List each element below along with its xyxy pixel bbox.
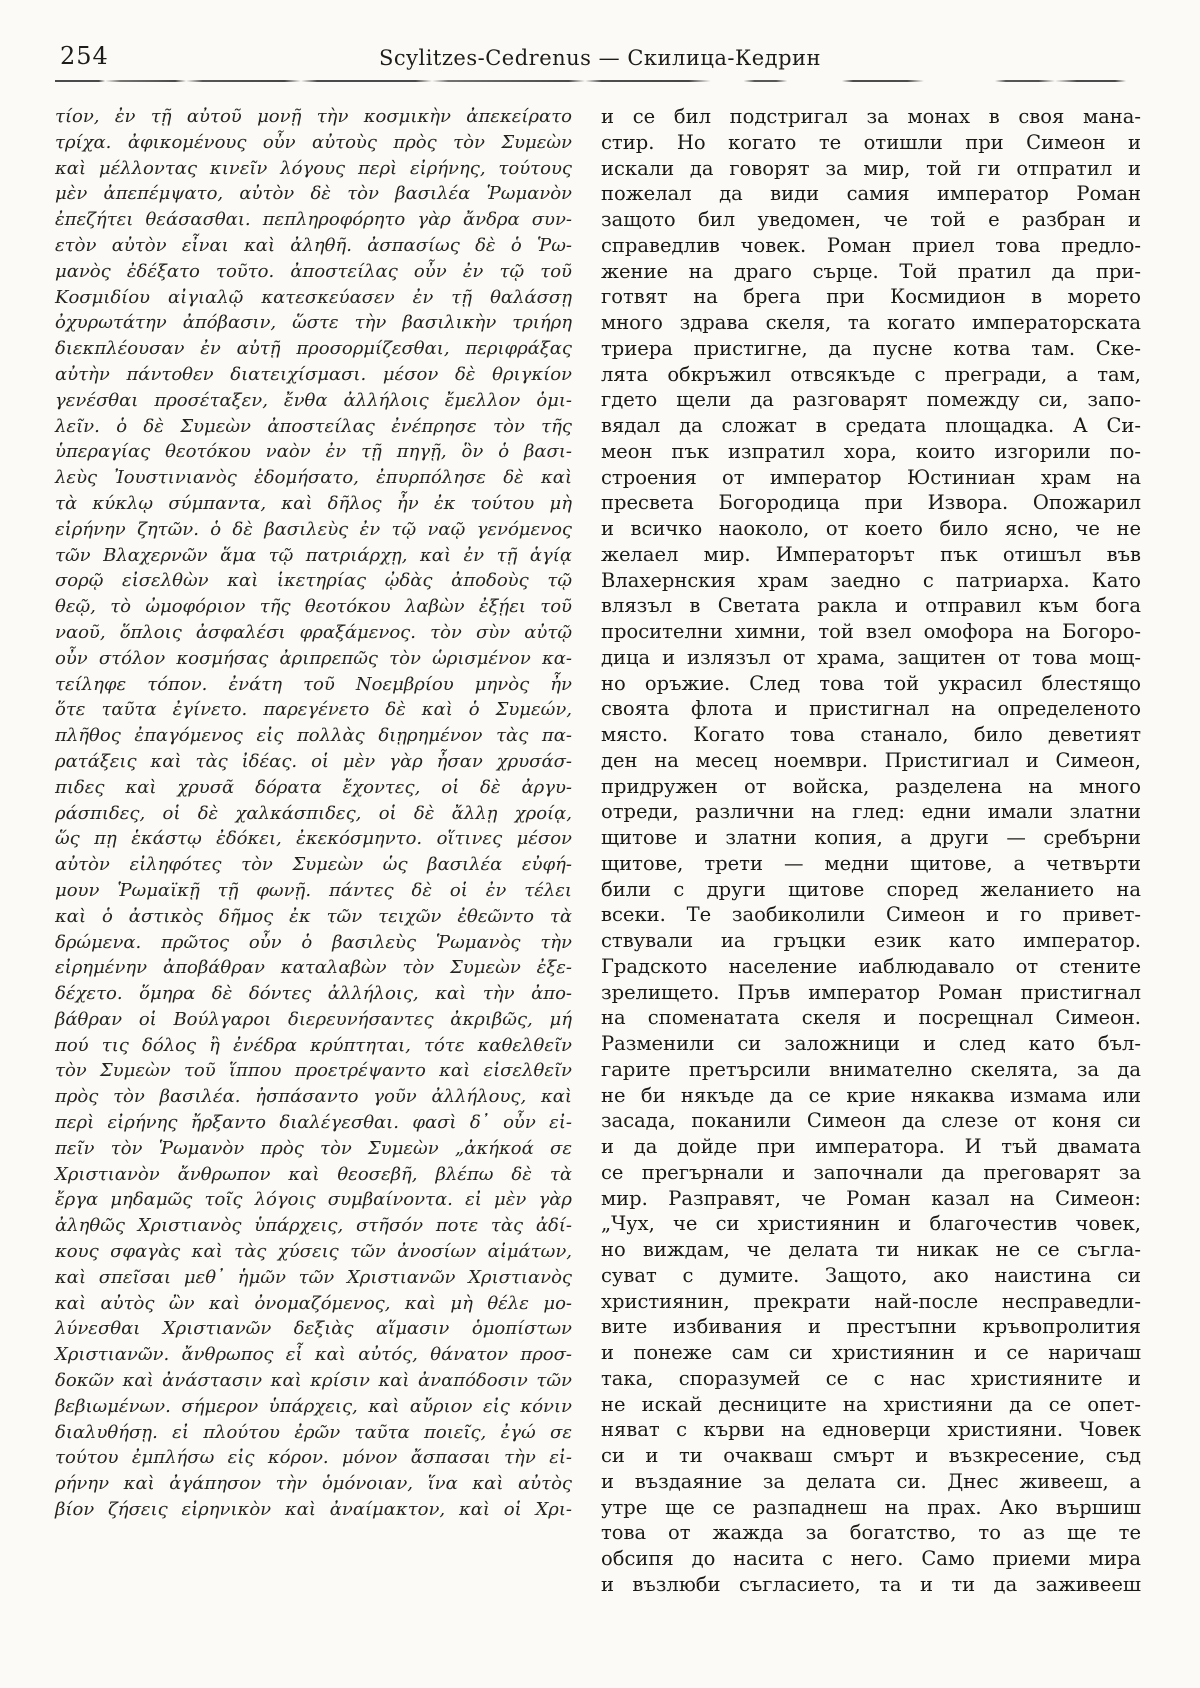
text-line: били с други щитове според желанието на [601, 877, 1141, 903]
text-line: περὶ εἰρήνης ἤρξαντο διαλέγεσθαι. φασὶ δ… [55, 1110, 572, 1136]
text-line: няват с кърви на едноверци християни. Чо… [601, 1417, 1141, 1443]
text-line: влязъл в Светата ракла и отправил към бо… [601, 593, 1141, 619]
text-line: искали да говорят за мир, той ги отпрати… [601, 156, 1141, 182]
text-line: τὰ κύκλῳ σύμπαντα, καὶ δῆλος ἦν ἐκ τούτο… [55, 491, 572, 517]
text-line: зрелището. Пръв император Роман пристигн… [601, 980, 1141, 1006]
text-line: δρώμενα. πρῶτος οὖν ὁ βασιλεὺς Ῥωμανὸς τ… [55, 930, 572, 956]
text-line: дица и излязъл от храма, защитен от това… [601, 645, 1141, 671]
text-line: си и ти очакваш смърт и възкресение, съд [601, 1443, 1141, 1469]
text-line: πεῖν τὸν Ῥωμανὸν πρὸς τὸν Συμεὼν „ἀκήκοά… [55, 1136, 572, 1162]
text-line: μουν Ῥωμαϊκῇ τῇ φωνῇ. πάντες δὲ οἱ ἐν τέ… [55, 878, 572, 904]
text-line: μανὸς ἐδέξατο τοῦτο. ἀποστείλας οὖν ἐν τ… [55, 259, 572, 285]
text-line: но виждам, че делата ти никак не се съгл… [601, 1237, 1141, 1263]
text-line: суват с думите. Защото, ако наистина си [601, 1263, 1141, 1289]
text-line: Κοσμιδίου αἰγιαλῷ κατεσκεύασεν ἐν τῇ θαλ… [55, 285, 572, 311]
text-line: μὲν ἀπεπέμψατο, αὐτὸν δὲ τὸν βασιλέα Ῥωμ… [55, 181, 572, 207]
text-line: така, споразумей се с нас християните и [601, 1366, 1141, 1392]
text-line: ναοῦ, ὅπλοις ἀσφαλέσι φραξάμενος. τὸν σὺ… [55, 620, 572, 646]
text-line: δοκῶν καὶ ἀνάστασιν καὶ κρίσιν καὶ ἀναπό… [55, 1368, 572, 1394]
text-line: не би някъде да се крие някаква измама и… [601, 1083, 1141, 1109]
text-line: гарите претърсили внимателно скелята, за… [601, 1057, 1141, 1083]
text-line: Влахернския храм заедно с патриарха. Кат… [601, 568, 1141, 594]
text-line: и се бил подстригал за монах в своя мана… [601, 104, 1141, 130]
text-line: ἔργα μηδαμῶς τοῖς λόγοις συμβαίνοντα. εἰ… [55, 1187, 572, 1213]
greek-source-column: τίον, ἐν τῇ αὐτοῦ μονῇ τὴν κοσμικὴν ἀπεκ… [55, 104, 572, 1523]
text-line: τείληφε τόπον. ἐνάτη τοῦ Νοεμβρίου μηνὸς… [55, 672, 572, 698]
text-line: εἰρημένην ἀποβάθραν καταλαβὼν τὸν Συμεὼν… [55, 955, 572, 981]
text-line: пожелал да види самия император Роман [601, 181, 1141, 207]
text-line: ствували иа гръцки език като император. [601, 928, 1141, 954]
text-line: ден на месец ноември. Пристигиал и Симео… [601, 748, 1141, 774]
text-line: Χριστιανῶν. ἄνθρωπος εἶ καὶ αὐτός, θάνατ… [55, 1342, 572, 1368]
text-line: справедлив човек. Роман приел това предл… [601, 233, 1141, 259]
text-line: πιδες καὶ χρυσᾶ δόρατα ἔχοντες, οἱ δὲ ἀρ… [55, 775, 572, 801]
text-line: просителни химни, той взел омофора на Бо… [601, 619, 1141, 645]
text-line: отреди, различни на глед: едни имали зла… [601, 799, 1141, 825]
text-line: утре ще се разпаднеш на прах. Ако вършиш [601, 1495, 1141, 1521]
text-line: ὀχυρωτάτην ἀπόβασιν, ὥστε τὴν βασιλικὴν … [55, 310, 572, 336]
text-line: защото бил уведомен, че той е разбран и [601, 207, 1141, 233]
text-line: гдето щели да разговарят помежду си, зап… [601, 387, 1141, 413]
text-line: βάθραν οἱ Βούλγαροι διερευνήσαντες ἀκριβ… [55, 1007, 572, 1033]
text-line: своята флота и пристигнал на определенот… [601, 696, 1141, 722]
text-line: всеки. Те заобиколили Симеон и го привет… [601, 902, 1141, 928]
book-page: 254 Scylitzes-Cedrenus — Скилица-Кедрин … [0, 0, 1200, 1688]
text-line: πού τις δόλος ἢ ἐνέδρα κρύπτηται, τότε κ… [55, 1033, 572, 1059]
text-line: място. Когато това станало, било деветия… [601, 722, 1141, 748]
text-line: τίον, ἐν τῇ αὐτοῦ μονῇ τὴν κοσμικὴν ἀπεκ… [55, 104, 572, 130]
text-line: готвят на брега при Космидион в морето [601, 284, 1141, 310]
text-line: καὶ ὁ ἀστικὸς δῆμος ἐκ τῶν τειχῶν ἐθεῶντ… [55, 904, 572, 930]
text-line: но оръжие. След това той украсил блестящ… [601, 671, 1141, 697]
text-line: щитове и златни копия, а други — сребърн… [601, 825, 1141, 851]
text-line: ρατάξεις καὶ τὰς ἰδέας. οἱ μὲν γὰρ ἦσαν … [55, 749, 572, 775]
text-line: γενέσθαι προσέταξεν, ἔνθα ἀλλήλοις ἔμελλ… [55, 388, 572, 414]
text-line: мир. Разправят, че Роман казал на Симеон… [601, 1186, 1141, 1212]
text-line: и възлюби съгласието, та и ти да заживее… [601, 1572, 1141, 1598]
text-line: се прегърнали и започнали да преговарят … [601, 1160, 1141, 1186]
text-line: „Чух, че си християнин и благочестив чов… [601, 1211, 1141, 1237]
text-line: ἐπεζήτει θεάσασθαι. πεπληροφόρητο γὰρ ἄν… [55, 207, 572, 233]
text-line: Χριστιανὸν ἄνθρωπον καὶ θεοσεβῆ, βλέπω δ… [55, 1162, 572, 1188]
text-line: много здрава скеля, та когато императорс… [601, 310, 1141, 336]
text-line: християнин, прекрати най-после несправед… [601, 1289, 1141, 1315]
text-line: и понеже сам си християнин и се наричаш [601, 1340, 1141, 1366]
text-line: θεῷ, τὸ ὠμοφόριον τῆς θεοτόκου λαβὼν ἐξῄ… [55, 594, 572, 620]
text-line: διαλυθήσῃ. εἰ πλούτου ἐρῶν ταῦτα ποιεῖς,… [55, 1420, 572, 1446]
text-line: придружен от войска, разделена на много [601, 774, 1141, 800]
text-line: καὶ μέλλοντας κινεῖν λόγους περὶ εἰρήνης… [55, 156, 572, 182]
text-line: λεὺς Ἰουστινιανὸς ἐδομήσατο, ἐπυρπόλησε … [55, 465, 572, 491]
text-line: πλῆθος ἐπαγόμενος εἰς πολλὰς διῃρημένον … [55, 723, 572, 749]
text-line: обсипя до насита с него. Само приеми мир… [601, 1546, 1141, 1572]
text-line: щитове, трети — медни щитове, а четвърти [601, 851, 1141, 877]
text-line: ὥς πῃ ἑκάστῳ ἐδόκει, ἐκεκόσμηντο. οἵτινε… [55, 826, 572, 852]
text-line: πρὸς τὸν βασιλέα. ἠσπάσαντο γοῦν ἀλλήλου… [55, 1084, 572, 1110]
text-line: τῶν Βλαχερνῶν ἅμα τῷ πατριάρχῃ, καὶ ἐν τ… [55, 543, 572, 569]
text-line: и въздаяние за делата си. Днес живееш, а [601, 1469, 1141, 1495]
text-line: καὶ αὐτὸς ὢν καὶ ὀνομαζόμενος, καὶ μὴ θέ… [55, 1291, 572, 1317]
text-line: δέχετο. ὅμηρα δὲ δόντες ἀλλήλοις, καὶ τὴ… [55, 981, 572, 1007]
text-line: лята обкръжил отвсякъде с прегради, а та… [601, 362, 1141, 388]
bulgarian-translation-column: и се бил подстригал за монах в своя мана… [601, 104, 1141, 1598]
text-line: строения от император Юстиниан храм на [601, 465, 1141, 491]
text-line: ρήνην καὶ ἀγάπησον τὴν ὁμόνοιαν, ἵνα καὶ… [55, 1471, 572, 1497]
text-line: τρίχα. ἀφικομένους οὖν αὐτοὺς πρὸς τὸν Σ… [55, 130, 572, 156]
text-line: стир. Но когато те отишли при Симеон и [601, 130, 1141, 156]
text-line: λεῖν. ὁ δὲ Συμεὼν ἀποστείλας ἐνέπρησε τὸ… [55, 414, 572, 440]
text-line: τούτου ἐμπλήσω εἰς κόρον. μόνον ἄσπασαι … [55, 1445, 572, 1471]
text-line: вите избивания и престъпни кръвопролития [601, 1314, 1141, 1340]
text-line: διεκπλέουσαν ἐν αὐτῇ προσορμίζεσθαι, περ… [55, 336, 572, 362]
text-line: това от жажда за богатство, то аз ще те [601, 1520, 1141, 1546]
text-line: καὶ σπεῖσαι μεθ᾽ ἡμῶν τῶν Χριστιανῶν Χρι… [55, 1265, 572, 1291]
text-line: σορῷ εἰσελθὼν καὶ ἱκετηρίας ᾠδὰς ἀποδοὺς… [55, 568, 572, 594]
text-line: ὑπεραγίας θεοτόκου ναὸν ἐν τῇ πηγῇ, ὃν ὁ… [55, 439, 572, 465]
text-line: не искай десниците на християни да се оп… [601, 1392, 1141, 1418]
text-line: триера пристигне, да пусне котва там. Ск… [601, 336, 1141, 362]
text-line: вядал да сложат в средата площадка. А Си… [601, 413, 1141, 439]
text-line: ἀληθῶς Χριστιανὸς ὑπάρχεις, στῆσόν ποτε … [55, 1213, 572, 1239]
header-rule [55, 80, 1148, 82]
text-line: жение на драго сърце. Той пратил да при- [601, 259, 1141, 285]
text-line: Градското население иаблюдавало от стени… [601, 954, 1141, 980]
text-line: желаел мир. Императорът пък отишъл във [601, 542, 1141, 568]
text-line: λύνεσθαι Χριστιανῶν δεξιὰς αἵμασιν ὁμοπί… [55, 1316, 572, 1342]
text-line: на споменатата скеля и посрещнал Симеон. [601, 1005, 1141, 1031]
text-line: ράσπιδες, οἱ δὲ χαλκάσπιδες, οἱ δὲ ἄλλῃ … [55, 801, 572, 827]
text-line: βεβιωμένων. σήμερον ὑπάρχεις, καὶ αὔριον… [55, 1394, 572, 1420]
text-line: κους σφαγὰς καὶ τὰς χύσεις τῶν ἀνοσίων α… [55, 1239, 572, 1265]
text-line: засада, поканили Симеон да слезе от коня… [601, 1108, 1141, 1134]
text-line: меон пък изпратил хора, които изгорили п… [601, 439, 1141, 465]
text-line: εἰρήνην ζητῶν. ὁ δὲ βασιλεὺς ἐν τῷ ναῷ γ… [55, 517, 572, 543]
text-line: αὐτὴν πάντοθεν διατειχίσμασι. μέσον δὲ θ… [55, 362, 572, 388]
text-line: οὖν στόλον κοσμήσας ἀριπρεπῶς τὸν ὡρισμέ… [55, 646, 572, 672]
text-line: βίον ζήσεις εἰρηνικὸν καὶ ἀναίμακτον, κα… [55, 1497, 572, 1523]
text-line: ὅτε ταῦτα ἐγίνετο. παρεγένετο δὲ καὶ ὁ Σ… [55, 697, 572, 723]
text-line: αὐτὸν εἰληφότες τὸν Συμεὼν ὡς βασιλέα εὐ… [55, 852, 572, 878]
text-line: и всичко наоколо, от което било ясно, че… [601, 516, 1141, 542]
text-line: Разменили си заложници и след като бъл- [601, 1031, 1141, 1057]
text-line: τὸν Συμεὼν τοῦ ἵππου προετρέψαντο καὶ εἰ… [55, 1058, 572, 1084]
running-title: Scylitzes-Cedrenus — Скилица-Кедрин [0, 46, 1200, 70]
text-line: и да дойде при императора. И тъй двамата [601, 1134, 1141, 1160]
text-line: пресвета Богородица при Извора. Опожарил [601, 490, 1141, 516]
text-line: ετὸν αὐτὸν εἶναι καὶ ἀληθῆ. ἀσπασίως δὲ … [55, 233, 572, 259]
